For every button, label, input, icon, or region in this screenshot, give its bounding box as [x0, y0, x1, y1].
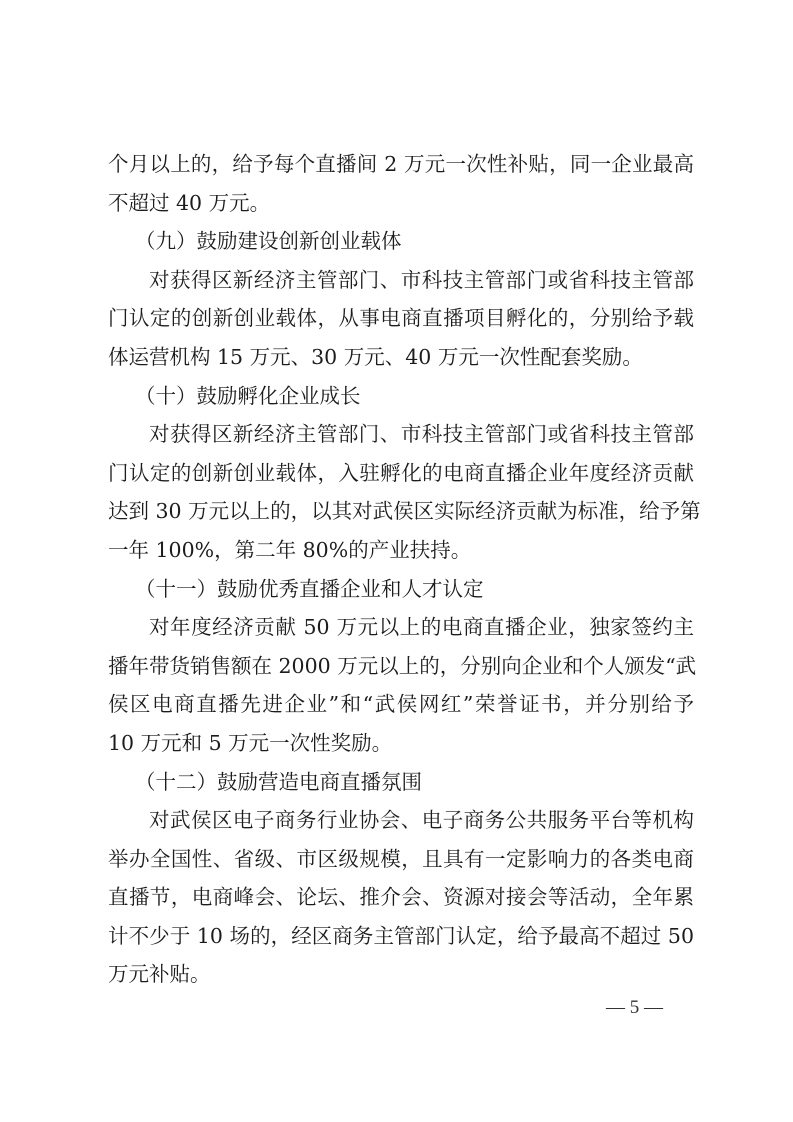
- document-body: 个月以上的，给予每个直播间 2 万元一次性补贴，同一企业最高 不超过 40 万元…: [108, 145, 694, 994]
- text-line: 门认定的创新创业载体，入驻孵化的电商直播企业年度经济贡献: [108, 454, 694, 493]
- heading-text: （十一）鼓励优秀直播企业和人才认定: [108, 570, 694, 609]
- paragraph-section-12: 对武侯区电子商务行业协会、电子商务公共服务平台等机构 举办全国性、省级、市区级规…: [108, 801, 694, 994]
- paragraph-section-9: 对获得区新经济主管部门、市科技主管部门或省科技主管部 门认定的创新创业载体，从事…: [108, 261, 694, 377]
- page-number: — 5 —: [606, 996, 663, 1020]
- text-line: 计不少于 10 场的，经区商务主管部门认定，给予最高不超过 50: [108, 917, 694, 956]
- text-line: 对获得区新经济主管部门、市科技主管部门或省科技主管部: [108, 261, 694, 300]
- section-heading-11: （十一）鼓励优秀直播企业和人才认定: [108, 570, 694, 609]
- text-line: 直播节，电商峰会、论坛、推介会、资源对接会等活动，全年累: [108, 878, 694, 917]
- text-line: 不超过 40 万元。: [108, 184, 694, 223]
- text-line: 举办全国性、省级、市区级规模，且具有一定影响力的各类电商: [108, 840, 694, 879]
- paragraph-section-11: 对年度经济贡献 50 万元以上的电商直播企业，独家签约主 播年带货销售额在 20…: [108, 608, 694, 762]
- section-heading-10: （十）鼓励孵化企业成长: [108, 377, 694, 416]
- text-line: 个月以上的，给予每个直播间 2 万元一次性补贴，同一企业最高: [108, 145, 694, 184]
- text-line: 达到 30 万元以上的，以其对武侯区实际经济贡献为标准，给予第: [108, 492, 694, 531]
- text-line: 门认定的创新创业载体，从事电商直播项目孵化的，分别给予载: [108, 299, 694, 338]
- section-heading-12: （十二）鼓励营造电商直播氛围: [108, 763, 694, 802]
- text-line: 一年 100%，第二年 80%的产业扶持。: [108, 531, 694, 570]
- heading-text: （九）鼓励建设创新创业载体: [108, 222, 694, 261]
- text-line: 播年带货销售额在 2000 万元以上的，分别向企业和个人颁发“武: [108, 647, 694, 686]
- paragraph-continuation: 个月以上的，给予每个直播间 2 万元一次性补贴，同一企业最高 不超过 40 万元…: [108, 145, 694, 222]
- text-line: 万元补贴。: [108, 955, 694, 994]
- paragraph-section-10: 对获得区新经济主管部门、市科技主管部门或省科技主管部 门认定的创新创业载体，入驻…: [108, 415, 694, 569]
- text-line: 侯区电商直播先进企业”和“武侯网红”荣誉证书，并分别给予: [108, 685, 694, 724]
- text-line: 体运营机构 15 万元、30 万元、40 万元一次性配套奖励。: [108, 338, 694, 377]
- text-line: 对获得区新经济主管部门、市科技主管部门或省科技主管部: [108, 415, 694, 454]
- section-heading-9: （九）鼓励建设创新创业载体: [108, 222, 694, 261]
- text-line: 对武侯区电子商务行业协会、电子商务公共服务平台等机构: [108, 801, 694, 840]
- text-line: 10 万元和 5 万元一次性奖励。: [108, 724, 694, 763]
- heading-text: （十二）鼓励营造电商直播氛围: [108, 763, 694, 802]
- heading-text: （十）鼓励孵化企业成长: [108, 377, 694, 416]
- text-line: 对年度经济贡献 50 万元以上的电商直播企业，独家签约主: [108, 608, 694, 647]
